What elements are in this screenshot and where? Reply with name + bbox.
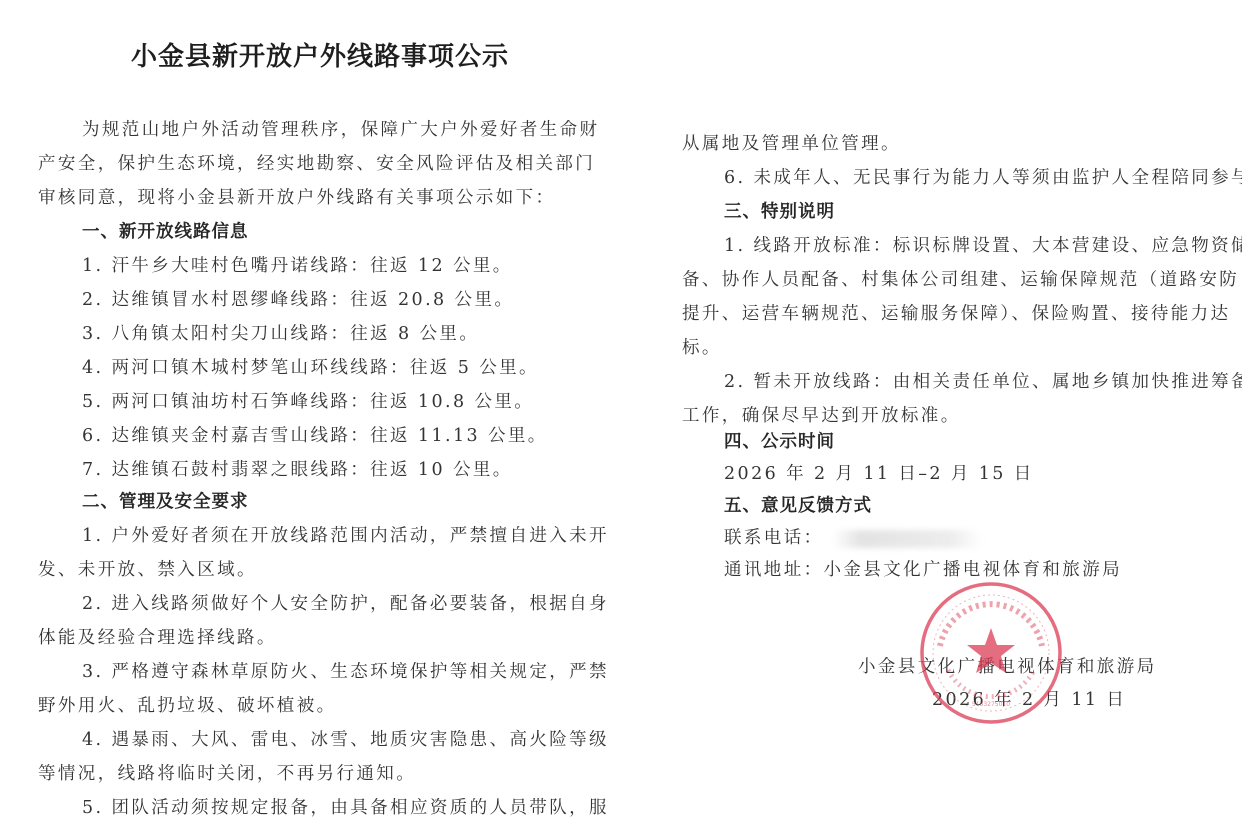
route-item: 5. 两河口镇油坊村石笋峰线路：往返 10.8 公里。: [82, 390, 534, 414]
intro-line-1: 为规范山地户外活动管理秩序，保障广大户外爱好者生命财: [82, 118, 599, 142]
section2-line: 从属地及管理单位管理。: [682, 132, 901, 156]
section4-heading: 四、公示时间: [724, 430, 835, 454]
route-item: 2. 达维镇冒水村恩缪峰线路：往返 20.8 公里。: [82, 288, 514, 312]
section2-line: 4. 遇暴雨、大风、雷电、冰雪、地质灾害隐患、高火险等级: [82, 728, 609, 752]
route-item: 1. 汗牛乡大哇村色嘴丹诺线路：往返 12 公里。: [82, 254, 513, 278]
signature-date: 2026 年 2 月 11 日: [932, 686, 1126, 711]
section3-line: 工作，确保尽早达到开放标准。: [682, 404, 961, 428]
section3-line: 1. 线路开放标准：标识标牌设置、大本营建设、应急物资储: [724, 234, 1242, 258]
section3-line: 备、协作人员配备、村集体公司组建、运输保障规范（道路安防: [682, 268, 1239, 292]
section5-heading: 五、意见反馈方式: [724, 494, 872, 518]
route-item: 6. 达维镇夹金村嘉吉雪山线路：往返 11.13 公里。: [82, 424, 548, 448]
section2-line: 6. 未成年人、无民事行为能力人等须由监护人全程陪同参与。: [724, 166, 1242, 190]
section1-heading: 一、新开放线路信息: [82, 220, 249, 244]
section2-line: 1. 户外爱好者须在开放线路范围内活动，严禁擅自进入未开: [82, 524, 609, 548]
route-item: 7. 达维镇石鼓村翡翠之眼线路：往返 10 公里。: [82, 458, 513, 482]
route-item: 3. 八角镇太阳村尖刀山线路：往返 8 公里。: [82, 322, 479, 346]
contact-phone-row: 联系电话：: [724, 526, 982, 550]
section3-line: 标。: [682, 336, 722, 360]
section2-line: 野外用火、乱扔垃圾、破坏植被。: [38, 694, 337, 718]
section2-line: 体能及经验合理选择线路。: [38, 626, 277, 650]
redacted-phone-number: [832, 530, 982, 548]
address-label: 通讯地址：: [724, 560, 824, 580]
section2-line: 5. 团队活动须按规定报备，由具备相应资质的人员带队，服: [82, 796, 609, 820]
section3-line: 2. 暂未开放线路：由相关责任单位、属地乡镇加快推进筹备: [724, 370, 1242, 394]
section2-line: 3. 严格遵守森林草原防火、生态环境保护等相关规定，严禁: [82, 660, 609, 684]
document-title: 小金县新开放户外线路事项公示: [0, 36, 640, 73]
intro-line-2: 产安全，保护生态环境，经实地勘察、安全风险评估及相关部门: [38, 152, 595, 176]
document-page-left: 小金县新开放户外线路事项公示 为规范山地户外活动管理秩序，保障广大户外爱好者生命…: [0, 0, 640, 836]
section2-line: 2. 进入线路须做好个人安全防护，配备必要装备，根据自身: [82, 592, 609, 616]
section3-line: 提升、运营车辆规范、运输服务保障）、保险购置、接待能力达: [682, 302, 1230, 326]
section2-line: 发、未开放、禁入区域。: [38, 558, 257, 582]
section3-heading: 三、特别说明: [724, 200, 835, 224]
section2-heading: 二、管理及安全要求: [82, 490, 249, 514]
contact-address-row: 通讯地址：小金县文化广播电视体育和旅游局: [724, 558, 1122, 582]
phone-label: 联系电话：: [724, 528, 824, 548]
address-value: 小金县文化广播电视体育和旅游局: [824, 560, 1123, 580]
route-item: 4. 两河口镇木城村梦笔山环线线路：往返 5 公里。: [82, 356, 539, 380]
section2-line: 等情况，线路将临时关闭，不再另行通知。: [38, 762, 416, 786]
intro-line-3: 审核同意，现将小金县新开放户外线路有关事项公示如下：: [38, 186, 555, 210]
signature-organization: 小金县文化广播电视体育和旅游局: [858, 653, 1157, 678]
notice-period: 2026 年 2 月 11 日–2 月 15 日: [724, 462, 1034, 486]
